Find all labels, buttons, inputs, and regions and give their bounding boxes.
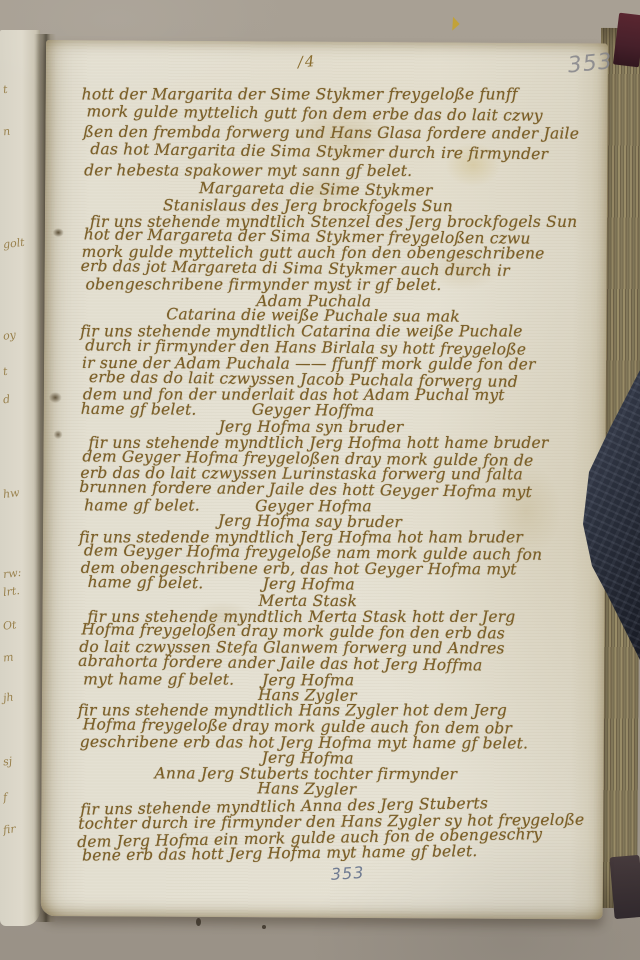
edge-text-fragment: golt	[2, 237, 25, 251]
paper-fleck	[448, 17, 462, 33]
edge-text-fragment: t	[2, 366, 8, 377]
table-speck	[262, 925, 266, 929]
page-number-top: 353	[567, 51, 614, 77]
manuscript-line: bene erb das hott Jerg Hofma myt hame gf…	[82, 843, 577, 864]
photo-scene: tngoltoytdhwrw:lrt.Otmjhsjffir ∕4 353 ho…	[0, 0, 640, 960]
edge-text-fragment: oy	[2, 329, 16, 341]
edge-text-fragment: n	[2, 126, 10, 138]
ink-stain	[53, 228, 64, 237]
edge-text-fragment: lrt.	[2, 585, 20, 598]
edge-text-fragment: t	[2, 84, 8, 95]
edge-text-fragment: d	[2, 394, 10, 406]
manuscript-page: ∕4 353 hott der Margarita der Sime Stykm…	[41, 40, 608, 919]
manuscript-text: hott der Margarita der Sime Stykmer frey…	[77, 86, 582, 863]
edge-text-fragment: hw	[2, 487, 20, 500]
ink-stain	[49, 392, 62, 403]
edge-text-fragment: f	[2, 792, 7, 803]
edge-text-fragment: rw:	[2, 567, 22, 580]
edge-text-fragment: sj	[2, 755, 12, 767]
table-speck	[196, 918, 201, 926]
ink-stain	[54, 430, 63, 439]
book-cover-bottom	[609, 855, 640, 919]
folio-mark: ∕4	[297, 54, 317, 70]
book-cover-sliver	[613, 13, 640, 68]
edge-text-fragment: jh	[2, 691, 14, 703]
edge-text-fragment: m	[2, 651, 14, 663]
manuscript-heading: Anna Jerg Stuberts tochter firmynder	[154, 767, 577, 784]
edge-text-fragment: Ot	[2, 619, 17, 632]
edge-text-fragment: fir	[2, 823, 16, 835]
page-number-bottom: 353	[330, 865, 364, 883]
